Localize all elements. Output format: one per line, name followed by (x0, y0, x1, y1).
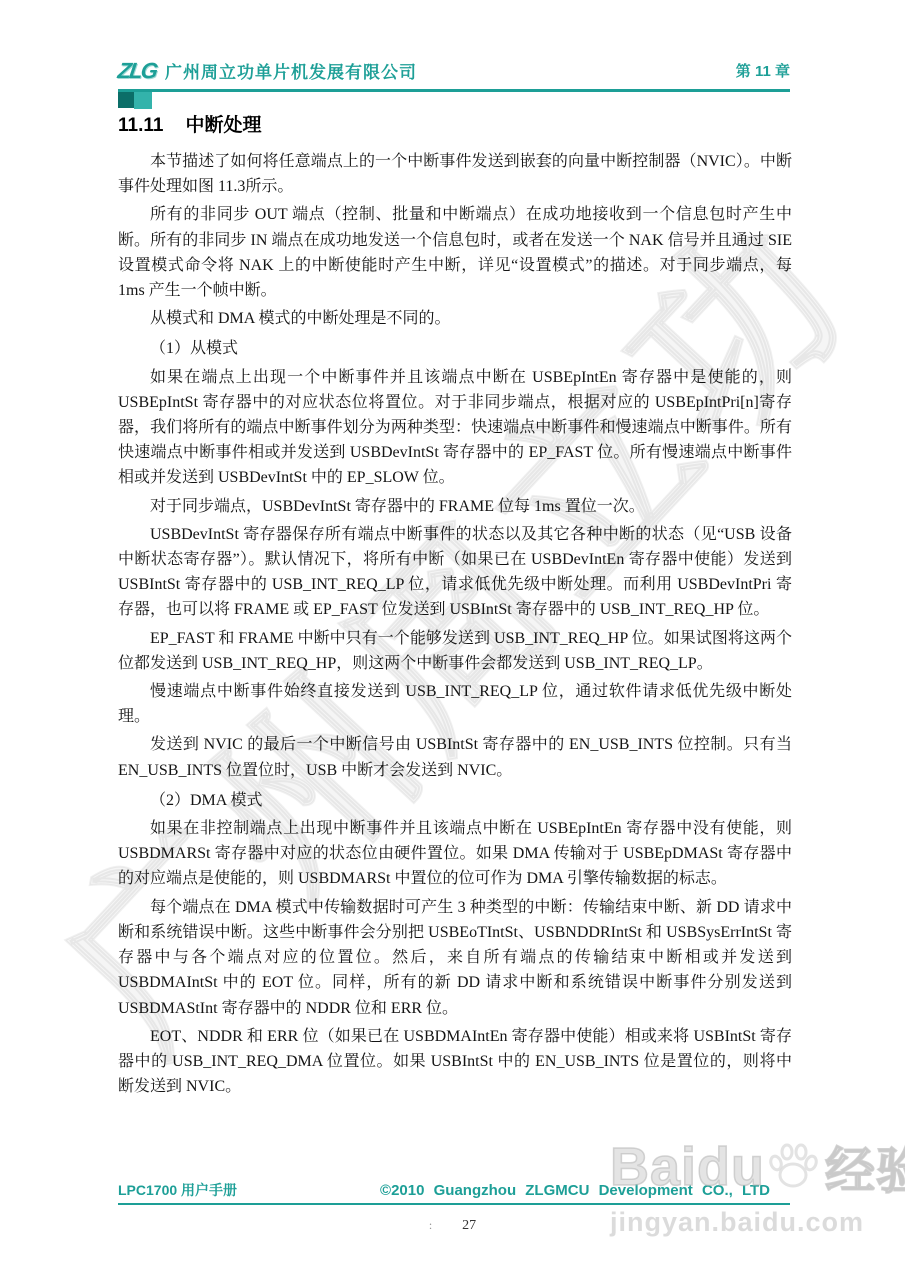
decorative-square-dark-icon (118, 92, 134, 108)
copyright-text: ©2010 Guangzhou ZLGMCU Development CO., … (380, 1182, 770, 1199)
paragraph-1: 本节描述了如何将任意端点上的一个中断事件发送到嵌套的向量中断控制器（NVIC）。… (118, 149, 792, 199)
manual-title: LPC1700 用户手册 (118, 1180, 237, 1200)
paragraph-9: 慢速端点中断事件始终直接发送到 USB_INT_REQ_LP 位，通过软件请求低… (118, 679, 792, 729)
paragraph-12: 如果在非控制端点上出现中断事件并且该端点中断在 USBEpIntEn 寄存器中没… (118, 816, 792, 892)
section-name: 中断处理 (185, 115, 261, 136)
footer-rule (118, 1203, 790, 1205)
paragraph-3: 从模式和 DMA 模式的中断处理是不同的。 (118, 306, 792, 331)
paragraph-14: EOT、NDDR 和 ERR 位（如果已在 USBDMAIntEn 寄存器中使能… (118, 1024, 792, 1100)
paragraph-7: USBDevIntSt 寄存器保存所有端点中断事件的状态以及其它各种中断的状态（… (118, 522, 792, 623)
page-number: 27 (462, 1218, 476, 1233)
document-page: 广州周立功 ZLG 广州周立功单片机发展有限公司 第 11 章 11.11中断处… (0, 0, 905, 1280)
header-rule (118, 89, 790, 92)
page-footer: LPC1700 用户手册 ©2010 Guangzhou ZLGMCU Deve… (118, 1180, 790, 1200)
page-number-row: :27 (0, 1218, 905, 1234)
paragraph-6: 对于同步端点，USBDevIntSt 寄存器中的 FRAME 位每 1ms 置位… (118, 494, 792, 519)
page-header: ZLG 广州周立功单片机发展有限公司 第 11 章 (118, 58, 790, 83)
chapter-label: 第 11 章 (736, 60, 790, 81)
subheading-slave-mode: （1）从模式 (118, 336, 792, 361)
decorative-square-light-icon (134, 92, 152, 109)
baidu-jingyan-text: 经验 (825, 1131, 905, 1203)
section-title: 11.11中断处理 (118, 110, 792, 137)
paragraph-13: 每个端点在 DMA 模式中传输数据时可产生 3 种类型的中断：传输结束中断、新 … (118, 895, 792, 1021)
paragraph-2: 所有的非同步 OUT 端点（控制、批量和中断端点）在成功地接收到一个信息包时产生… (118, 202, 792, 303)
paragraph-8: EP_FAST 和 FRAME 中断中只有一个能够发送到 USB_INT_REQ… (118, 626, 792, 676)
document-body: 11.11中断处理 本节描述了如何将任意端点上的一个中断事件发送到嵌套的向量中断… (118, 110, 792, 1099)
zlg-logo-icon: ZLG (116, 59, 157, 83)
company-name: 广州周立功单片机发展有限公司 (165, 58, 736, 83)
subheading-dma-mode: （2）DMA 模式 (118, 788, 792, 813)
section-number: 11.11 (118, 115, 163, 136)
paragraph-5: 如果在端点上出现一个中断事件并且该端点中断在 USBEpIntEn 寄存器中是使… (118, 365, 792, 491)
paragraph-10: 发送到 NVIC 的最后一个中断信号由 USBIntSt 寄存器中的 EN_US… (118, 732, 792, 782)
page-number-prefix: : (429, 1218, 432, 1232)
